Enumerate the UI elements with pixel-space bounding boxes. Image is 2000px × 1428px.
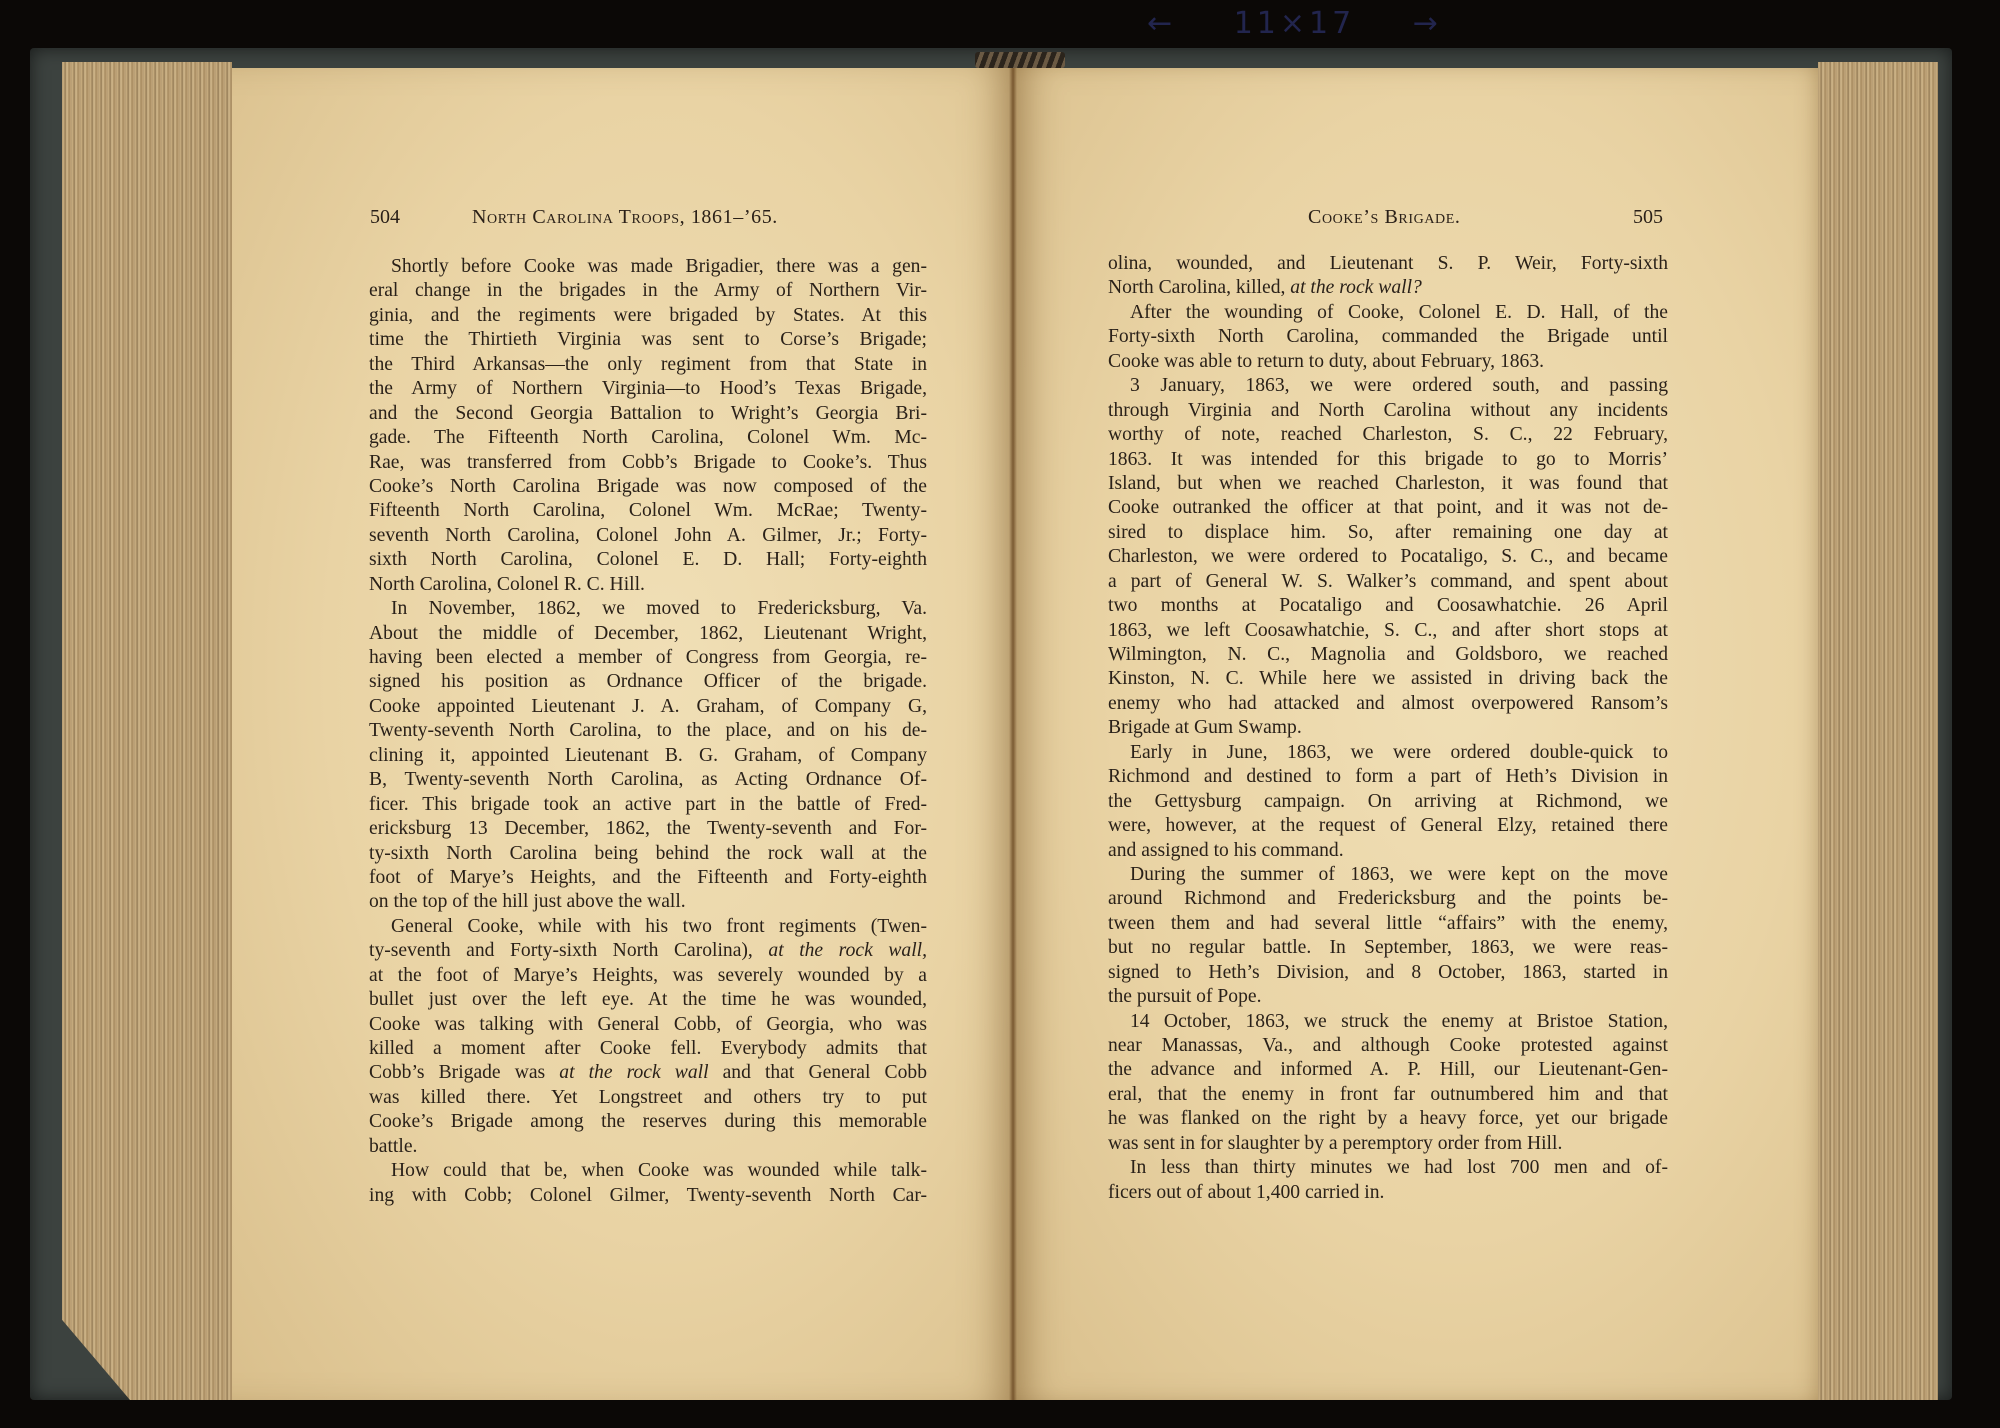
text-line: 1863, we left Coosawhatchie, S. C., and …: [1108, 619, 1668, 643]
left-page-body: Shortly before Cooke was made Brigadier,…: [369, 255, 927, 1208]
text-run: foot of Marye’s Heights, and the Fifteen…: [369, 867, 927, 888]
text-run: During the summer of 1863, we were kept …: [1130, 864, 1668, 885]
text-run: and the Second Georgia Battalion to Wrig…: [369, 403, 927, 424]
text-run: sixth North Carolina, Colonel E. D. Hall…: [369, 549, 927, 570]
text-run: Fifteenth North Carolina, Colonel Wm. Mc…: [369, 500, 927, 521]
text-line: Charleston, we were ordered to Pocatalig…: [1108, 545, 1668, 569]
text-line: ficers out of about 1,400 carried in.: [1108, 1181, 1668, 1205]
left-running-head-title: North Carolina Troops, 1861–’65.: [472, 206, 778, 228]
italic-emphasis: at the rock wall?: [1290, 277, 1422, 298]
text-run: two months at Pocataligo and Coosawhatch…: [1108, 595, 1668, 616]
text-run: Early in June, 1863, we were ordered dou…: [1130, 742, 1668, 763]
text-run: eral change in the brigades in the Army …: [369, 280, 927, 301]
text-run: eral, that the enemy in front far outnum…: [1108, 1084, 1668, 1105]
text-line: through Virginia and North Carolina with…: [1108, 399, 1668, 423]
text-line: having been elected a member of Congress…: [369, 646, 927, 670]
text-run: the pursuit of Pope.: [1108, 986, 1261, 1007]
text-run: clining it, appointed Lieutenant B. G. G…: [369, 745, 927, 766]
text-line: North Carolina, killed, at the rock wall…: [1108, 276, 1668, 300]
text-run: ing with Cobb; Colonel Gilmer, Twenty-se…: [369, 1185, 927, 1206]
text-line: ericksburg 13 December, 1862, the Twenty…: [369, 817, 927, 841]
text-line: eral change in the brigades in the Army …: [369, 279, 927, 303]
italic-emphasis: at the rock wall,: [768, 940, 927, 961]
text-run: In November, 1862, we moved to Frederick…: [391, 598, 927, 619]
right-arrow-icon: →: [1413, 6, 1442, 41]
text-run: killed a moment after Cooke fell. Everyb…: [369, 1038, 927, 1059]
text-line: After the wounding of Cooke, Colonel E. …: [1108, 301, 1668, 325]
text-run: battle.: [369, 1136, 417, 1157]
text-line: a part of General W. S. Walker’s command…: [1108, 570, 1668, 594]
text-run: and assigned to his command.: [1108, 840, 1344, 861]
text-run: Shortly before Cooke was made Brigadier,…: [391, 256, 927, 277]
text-line: the Army of Northern Virginia—to Hood’s …: [369, 377, 927, 401]
text-run: ficers out of about 1,400 carried in.: [1108, 1182, 1384, 1203]
text-line: and assigned to his command.: [1108, 839, 1668, 863]
text-line: Fifteenth North Carolina, Colonel Wm. Mc…: [369, 499, 927, 523]
text-run: time the Thirtieth Virginia was sent to …: [369, 329, 927, 350]
text-run: ty-seventh and Forty-sixth North Carolin…: [369, 940, 768, 961]
text-run: the Third Arkansas—the only regiment fro…: [369, 354, 927, 375]
text-run: Cooke appointed Lieutenant J. A. Graham,…: [369, 696, 927, 717]
text-line: worthy of note, reached Charleston, S. C…: [1108, 423, 1668, 447]
text-run: was killed there. Yet Longstreet and oth…: [369, 1087, 927, 1108]
text-line: General Cooke, while with his two front …: [369, 915, 927, 939]
text-line: signed his position as Ordnance Officer …: [369, 670, 927, 694]
text-run: After the wounding of Cooke, Colonel E. …: [1130, 302, 1668, 323]
text-run: signed his position as Ordnance Officer …: [369, 671, 927, 692]
text-run: but no regular battle. In September, 186…: [1108, 937, 1668, 958]
text-run: and that General Cobb: [709, 1062, 927, 1083]
text-line: on the top of the hill just above the wa…: [369, 890, 927, 914]
text-line: were, however, at the request of General…: [1108, 814, 1668, 838]
text-line: Brigade at Gum Swamp.: [1108, 716, 1668, 740]
text-line: seventh North Carolina, Colonel John A. …: [369, 524, 927, 548]
text-run: ginia, and the regiments were brigaded b…: [369, 305, 927, 326]
text-line: he was flanked on the right by a heavy f…: [1108, 1107, 1668, 1131]
text-run: 1863, we left Coosawhatchie, S. C., and …: [1108, 620, 1668, 641]
scan-size-label: 11×17: [1234, 6, 1355, 41]
text-line: and the Second Georgia Battalion to Wrig…: [369, 402, 927, 426]
text-line: ty-seventh and Forty-sixth North Carolin…: [369, 939, 927, 963]
text-run: B, Twenty-seventh North Carolina, as Act…: [369, 769, 927, 790]
text-run: ty-sixth North Carolina being behind the…: [369, 843, 927, 864]
text-line: North Carolina, Colonel R. C. Hill.: [369, 573, 927, 597]
text-line: killed a moment after Cooke fell. Everyb…: [369, 1037, 927, 1061]
text-line: the Gettysburg campaign. On arriving at …: [1108, 790, 1668, 814]
text-run: How could that be, when Cooke was wounde…: [391, 1160, 927, 1181]
text-run: Island, but when we reached Charleston, …: [1108, 473, 1668, 494]
text-line: ty-sixth North Carolina being behind the…: [369, 842, 927, 866]
text-line: Cooke’s North Carolina Brigade was now c…: [369, 475, 927, 499]
text-line: Shortly before Cooke was made Brigadier,…: [369, 255, 927, 279]
text-line: but no regular battle. In September, 186…: [1108, 936, 1668, 960]
text-line: Cooke’s Brigade among the reserves durin…: [369, 1110, 927, 1134]
text-line: 3 January, 1863, we were ordered south, …: [1108, 374, 1668, 398]
text-run: was sent in for slaughter by a peremptor…: [1108, 1133, 1562, 1154]
right-page-block-edge: [1818, 62, 1938, 1400]
text-run: Wilmington, N. C., Magnolia and Goldsbor…: [1108, 644, 1668, 665]
text-line: Forty-sixth North Carolina, commanded th…: [1108, 325, 1668, 349]
text-run: About the middle of December, 1862, Lieu…: [369, 623, 927, 644]
text-line: at the foot of Marye’s Heights, was seve…: [369, 964, 927, 988]
text-line: Richmond and destined to form a part of …: [1108, 765, 1668, 789]
text-run: the Gettysburg campaign. On arriving at …: [1108, 791, 1668, 812]
text-line: 1863. It was intended for this brigade t…: [1108, 448, 1668, 472]
text-run: Kinston, N. C. While here we assisted in…: [1108, 668, 1668, 689]
left-page-number: 504: [370, 206, 400, 229]
text-run: ericksburg 13 December, 1862, the Twenty…: [369, 818, 927, 839]
text-line: How could that be, when Cooke was wounde…: [369, 1159, 927, 1183]
right-running-head-title: Cooke’s Brigade.: [1308, 206, 1461, 228]
text-run: bullet just over the left eye. At the ti…: [369, 989, 927, 1010]
text-line: Kinston, N. C. While here we assisted in…: [1108, 667, 1668, 691]
text-line: Cooke was talking with General Cobb, of …: [369, 1013, 927, 1037]
text-line: Island, but when we reached Charleston, …: [1108, 472, 1668, 496]
text-run: around Richmond and Fredericksburg and t…: [1108, 888, 1668, 909]
text-run: Rae, was transferred from Cobb’s Brigade…: [369, 452, 927, 473]
text-run: Charleston, we were ordered to Pocatalig…: [1108, 546, 1668, 567]
text-run: Forty-sixth North Carolina, commanded th…: [1108, 326, 1668, 347]
text-line: signed to Heth’s Division, and 8 October…: [1108, 961, 1668, 985]
right-running-head: Cooke’s Brigade.: [1308, 206, 1461, 229]
scan-size-marking: ← 11×17 →: [1125, 6, 1445, 40]
text-run: near Manassas, Va., and although Cooke p…: [1108, 1035, 1668, 1056]
text-run: Richmond and destined to form a part of …: [1108, 766, 1668, 787]
text-run: Cooke was able to return to duty, about …: [1108, 351, 1544, 372]
text-line: Cobb’s Brigade was at the rock wall and …: [369, 1061, 927, 1085]
text-line: the Third Arkansas—the only regiment fro…: [369, 353, 927, 377]
right-page-number: 505: [1633, 206, 1663, 229]
text-run: Twenty-seventh North Carolina, to the pl…: [369, 720, 927, 741]
text-line: sired to displace him. So, after remaini…: [1108, 521, 1668, 545]
text-run: the advance and informed A. P. Hill, our…: [1108, 1059, 1668, 1080]
text-run: enemy who had attacked and almost overpo…: [1108, 693, 1668, 714]
text-run: Cooke’s Brigade among the reserves durin…: [369, 1111, 927, 1132]
text-line: Wilmington, N. C., Magnolia and Goldsbor…: [1108, 643, 1668, 667]
text-run: signed to Heth’s Division, and 8 October…: [1108, 962, 1668, 983]
text-run: seventh North Carolina, Colonel John A. …: [369, 525, 927, 546]
text-line: Cooke was able to return to duty, about …: [1108, 350, 1668, 374]
text-line: ficer. This brigade took an active part …: [369, 793, 927, 817]
text-line: time the Thirtieth Virginia was sent to …: [369, 328, 927, 352]
text-line: was killed there. Yet Longstreet and oth…: [369, 1086, 927, 1110]
text-run: North Carolina, killed,: [1108, 277, 1290, 298]
text-line: Early in June, 1863, we were ordered dou…: [1108, 741, 1668, 765]
text-run: Brigade at Gum Swamp.: [1108, 717, 1302, 738]
left-arrow-icon: ←: [1147, 6, 1176, 41]
text-run: tween them and had several little “affai…: [1108, 913, 1668, 934]
text-run: were, however, at the request of General…: [1108, 815, 1668, 836]
text-run: In less than thirty minutes we had lost …: [1130, 1157, 1668, 1178]
text-line: Cooke outranked the officer at that poin…: [1108, 496, 1668, 520]
text-line: In less than thirty minutes we had lost …: [1108, 1156, 1668, 1180]
text-line: the advance and informed A. P. Hill, our…: [1108, 1058, 1668, 1082]
text-run: ficer. This brigade took an active part …: [369, 794, 927, 815]
text-line: was sent in for slaughter by a peremptor…: [1108, 1132, 1668, 1156]
text-run: Cobb’s Brigade was: [369, 1062, 559, 1083]
text-line: two months at Pocataligo and Coosawhatch…: [1108, 594, 1668, 618]
text-run: through Virginia and North Carolina with…: [1108, 400, 1668, 421]
book-gutter: [1009, 68, 1017, 1400]
text-run: at the foot of Marye’s Heights, was seve…: [369, 965, 927, 986]
text-run: 3 January, 1863, we were ordered south, …: [1130, 375, 1668, 396]
text-line: ing with Cobb; Colonel Gilmer, Twenty-se…: [369, 1184, 927, 1208]
text-line: bullet just over the left eye. At the ti…: [369, 988, 927, 1012]
text-run: having been elected a member of Congress…: [369, 647, 927, 668]
text-line: B, Twenty-seventh North Carolina, as Act…: [369, 768, 927, 792]
italic-emphasis: at the rock wall: [559, 1062, 708, 1083]
text-line: battle.: [369, 1135, 927, 1159]
text-run: General Cooke, while with his two front …: [391, 916, 927, 937]
text-line: around Richmond and Fredericksburg and t…: [1108, 887, 1668, 911]
text-line: gade. The Fifteenth North Carolina, Colo…: [369, 426, 927, 450]
text-line: Twenty-seventh North Carolina, to the pl…: [369, 719, 927, 743]
text-line: Cooke appointed Lieutenant J. A. Graham,…: [369, 695, 927, 719]
text-line: In November, 1862, we moved to Frederick…: [369, 597, 927, 621]
text-run: North Carolina, Colonel R. C. Hill.: [369, 574, 645, 595]
text-line: the pursuit of Pope.: [1108, 985, 1668, 1009]
text-run: 14 October, 1863, we struck the enemy at…: [1130, 1011, 1668, 1032]
text-run: gade. The Fifteenth North Carolina, Colo…: [369, 427, 927, 448]
right-page-body: olina, wounded, and Lieutenant S. P. Wei…: [1108, 252, 1668, 1205]
text-run: Cooke was talking with General Cobb, of …: [369, 1014, 927, 1035]
text-run: Cooke outranked the officer at that poin…: [1108, 497, 1668, 518]
text-run: a part of General W. S. Walker’s command…: [1108, 571, 1668, 592]
text-line: near Manassas, Va., and although Cooke p…: [1108, 1034, 1668, 1058]
text-run: the Army of Northern Virginia—to Hood’s …: [369, 378, 927, 399]
text-line: enemy who had attacked and almost overpo…: [1108, 692, 1668, 716]
text-run: worthy of note, reached Charleston, S. C…: [1108, 424, 1668, 445]
text-line: foot of Marye’s Heights, and the Fifteen…: [369, 866, 927, 890]
spine-headband: [975, 52, 1065, 68]
left-page-block-edge: [62, 62, 232, 1400]
text-run: 1863. It was intended for this brigade t…: [1108, 449, 1668, 470]
text-line: eral, that the enemy in front far outnum…: [1108, 1083, 1668, 1107]
text-line: Rae, was transferred from Cobb’s Brigade…: [369, 451, 927, 475]
text-line: clining it, appointed Lieutenant B. G. G…: [369, 744, 927, 768]
text-line: During the summer of 1863, we were kept …: [1108, 863, 1668, 887]
text-run: olina, wounded, and Lieutenant S. P. Wei…: [1108, 253, 1668, 274]
text-run: on the top of the hill just above the wa…: [369, 891, 686, 912]
text-run: Cooke’s North Carolina Brigade was now c…: [369, 476, 927, 497]
left-running-head: North Carolina Troops, 1861–’65.: [472, 206, 778, 229]
text-line: About the middle of December, 1862, Lieu…: [369, 622, 927, 646]
text-line: 14 October, 1863, we struck the enemy at…: [1108, 1010, 1668, 1034]
text-line: tween them and had several little “affai…: [1108, 912, 1668, 936]
text-line: ginia, and the regiments were brigaded b…: [369, 304, 927, 328]
text-line: olina, wounded, and Lieutenant S. P. Wei…: [1108, 252, 1668, 276]
text-line: sixth North Carolina, Colonel E. D. Hall…: [369, 548, 927, 572]
text-run: sired to displace him. So, after remaini…: [1108, 522, 1668, 543]
text-run: he was flanked on the right by a heavy f…: [1108, 1108, 1668, 1129]
